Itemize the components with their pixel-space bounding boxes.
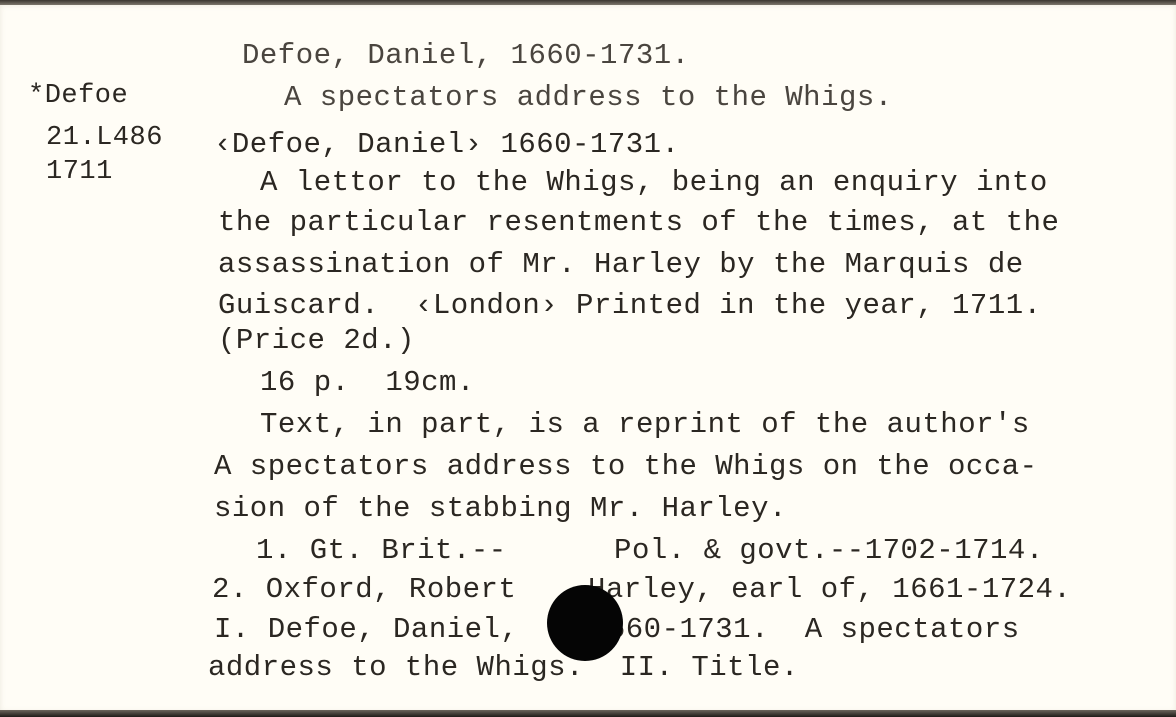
- call-number-line: 21.L486: [46, 125, 163, 152]
- card-bottom-edge: [0, 710, 1176, 717]
- punch-hole: [547, 585, 623, 661]
- title-line: assassination of Mr. Harley by the Marqu…: [218, 250, 1024, 279]
- title-line: (Price 2d.): [218, 326, 415, 355]
- note-line: sion of the stabbing Mr. Harley.: [214, 494, 787, 523]
- main-heading: Defoe, Daniel, 1660-1731.: [242, 41, 690, 70]
- bracketed-author: ‹Defoe, Daniel› 1660-1731.: [214, 130, 679, 159]
- note-line: A spectators address to the Whigs on the…: [214, 452, 1038, 481]
- tracing-line: 1. Gt. Brit.-- Pol. & govt.--1702-1714.: [256, 536, 1044, 565]
- title-line: the particular resentments of the times,…: [218, 208, 1059, 237]
- tracing-line: 2. Oxford, Robert Harley, earl of, 1661-…: [212, 575, 1071, 604]
- uniform-title: A spectators address to the Whigs.: [284, 83, 893, 112]
- call-number-line: *Defoe: [28, 83, 128, 110]
- call-number-line: 1711: [46, 159, 113, 186]
- tracing-line: address to the Whigs. II. Title.: [208, 653, 799, 682]
- note-line: Text, in part, is a reprint of the autho…: [260, 410, 1030, 439]
- title-line: A lettor to the Whigs, being an enquiry …: [260, 168, 1048, 197]
- catalog-card: *Defoe 21.L486 1711 Defoe, Daniel, 1660-…: [0, 5, 1176, 712]
- title-line: Guiscard. ‹London› Printed in the year, …: [218, 291, 1042, 320]
- collation: 16 p. 19cm.: [260, 368, 475, 397]
